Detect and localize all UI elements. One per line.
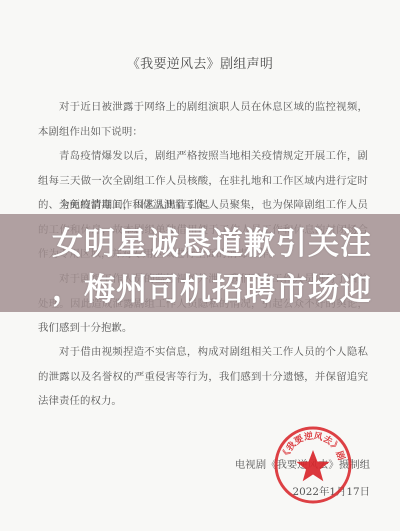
headline-overlay: 女明星诚恳道歉引关注 ，梅州司机招聘市场迎 — [0, 214, 400, 312]
document-paragraph-5: 对于借由视频捏造不实信息，构成对剧组相关工作人员的个人隐私的泄露以及名誉权的严重… — [38, 340, 368, 414]
red-seal-stamp-icon: 《我要逆风去》剧组 — [273, 425, 353, 505]
document-paragraph-1: 对于近日被泄露于网络上的剧组演职人员在休息区域的监控视频，本剧组作出如下说明： — [38, 95, 368, 144]
headline-line-2: ，梅州司机招聘市场迎 — [52, 264, 372, 309]
document-title: 《我要逆风去》剧组声明 — [0, 53, 400, 72]
headline-line-1: 女明星诚恳道歉引关注 — [52, 218, 372, 263]
